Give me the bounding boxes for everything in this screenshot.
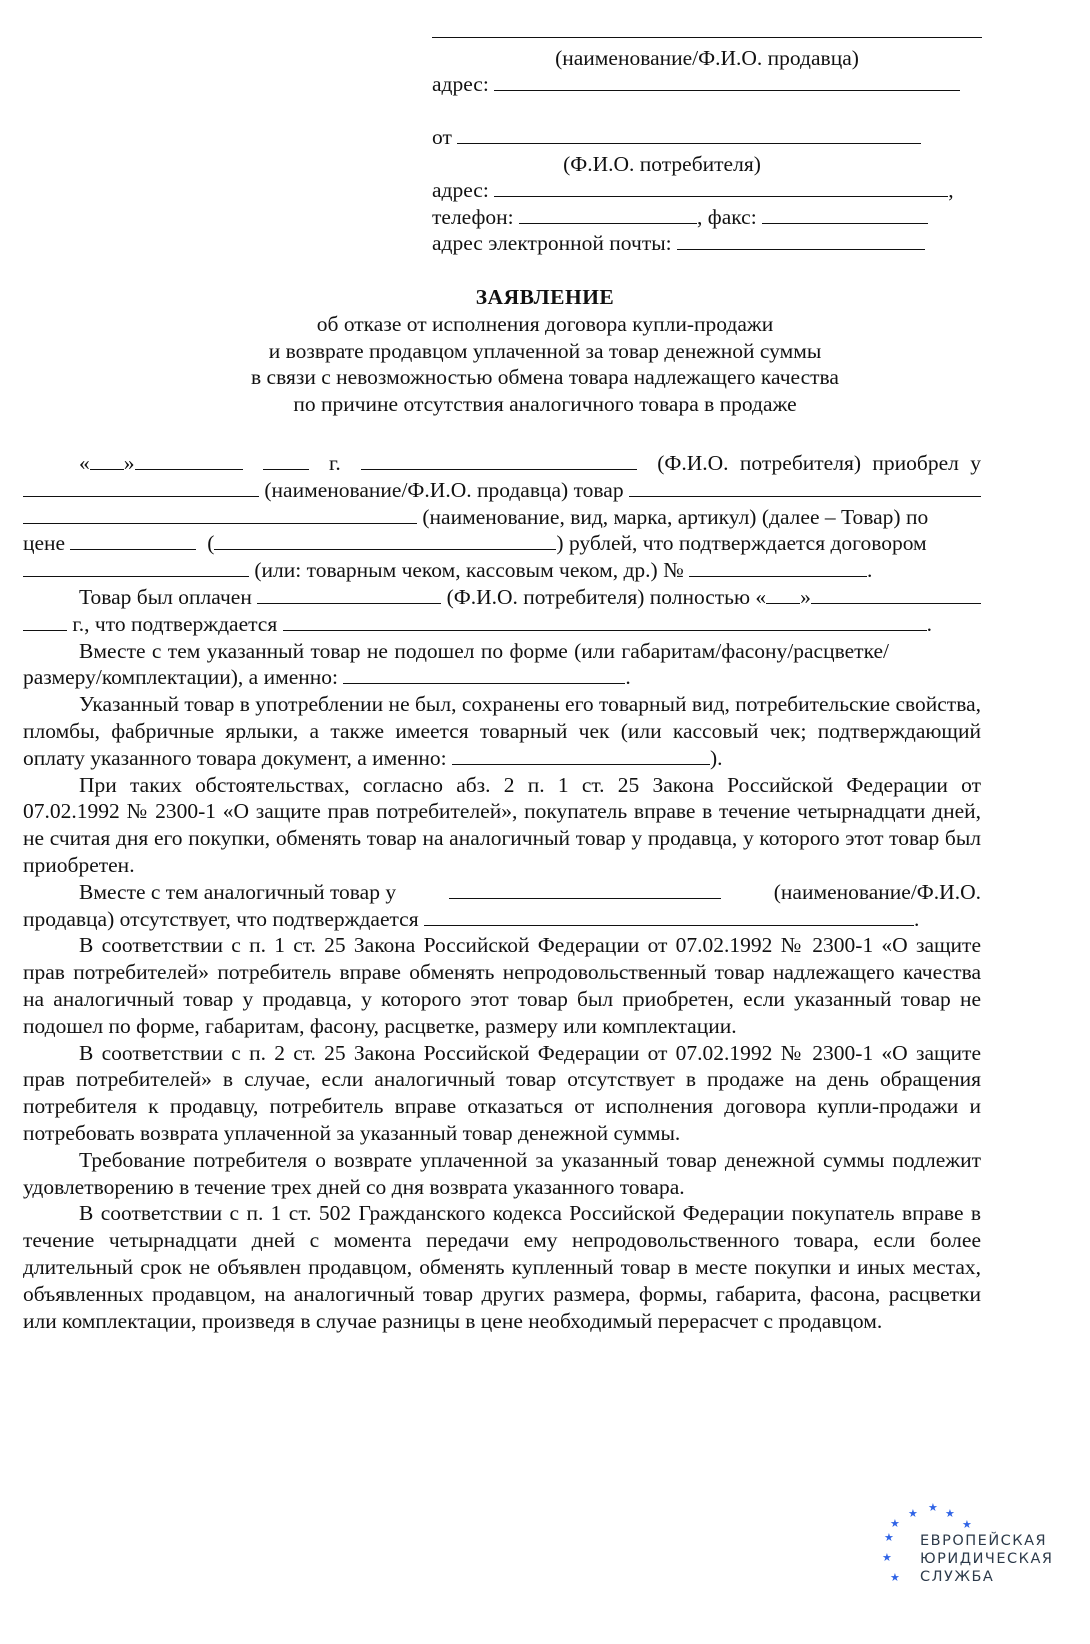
header-block: (наименование/Ф.И.О. продавца) адрес: от… (432, 18, 982, 257)
consumer-name-blank[interactable] (457, 125, 921, 144)
from-label: от (432, 125, 452, 149)
email-label: адрес электронной почты: (432, 231, 672, 255)
email-line: адрес электронной почты: (432, 230, 982, 257)
document-body: «» г. (Ф.И.О. потребителя) приобрел у (н… (23, 450, 981, 1334)
seller-name-blank[interactable] (432, 19, 982, 38)
phone-fax-line: телефон: , факс: (432, 204, 982, 231)
document-title: ЗАЯВЛЕНИЕ (0, 283, 1090, 311)
price-words-blank[interactable] (214, 531, 556, 550)
consumer-address-blank[interactable] (494, 178, 948, 197)
contract-blank[interactable] (23, 558, 249, 577)
consumer-blank[interactable] (361, 451, 637, 470)
doc-number-blank[interactable] (689, 558, 867, 577)
payer-blank[interactable] (257, 585, 441, 604)
seller-address-blank[interactable] (494, 72, 960, 91)
receipt-blank[interactable] (452, 746, 710, 765)
paragraph-law-p1: В соответствии с п. 1 ст. 25 Закона Росс… (23, 932, 981, 1039)
title-block: ЗАЯВЛЕНИЕ об отказе от исполнения догово… (0, 283, 1090, 417)
seller-address-line: адрес: (432, 71, 982, 98)
star-icon: ★ (908, 1508, 918, 1519)
logo-text: ЕВРОПЕЙСКАЯ ЮРИДИЧЕСКАЯ СЛУЖБА (920, 1532, 1053, 1586)
paragraph-demand: Требование потребителя о возврате уплаче… (23, 1147, 981, 1201)
absent-seller-blank[interactable] (449, 880, 721, 899)
price-blank[interactable] (70, 531, 196, 550)
absent-proof-blank[interactable] (424, 907, 914, 926)
purchase-date-line: «» г. (Ф.И.О. потребителя) приобрел у (23, 450, 981, 477)
pay-month-blank[interactable] (811, 585, 981, 604)
unsuitable-line-1: Вместе с тем указанный товар не подошел … (23, 638, 981, 665)
reason-blank[interactable] (343, 665, 625, 684)
item-blank[interactable] (629, 478, 981, 497)
day-blank[interactable] (90, 451, 124, 470)
subtitle-line: и возврате продавцом уплаченной за товар… (0, 338, 1090, 365)
contract-line: (или: товарным чеком, кассовым чеком, др… (23, 557, 981, 584)
subtitle-line: в связи с невозможностью обмена товара н… (0, 364, 1090, 391)
payment-proof-blank[interactable] (283, 612, 927, 631)
paragraph-law-exchange: При таких обстоятельствах, согласно абз.… (23, 772, 981, 879)
document-page: (наименование/Ф.И.О. продавца) адрес: от… (0, 0, 1090, 1644)
phone-label: телефон: (432, 205, 514, 229)
pay-day-blank[interactable] (766, 585, 800, 604)
paragraph-condition: Указанный товар в употреблении не был, с… (23, 691, 981, 771)
consumer-name-line: от (432, 124, 982, 151)
star-icon: ★ (928, 1502, 938, 1513)
star-icon: ★ (945, 1508, 955, 1519)
payment-proof-line: г., что подтверждается . (23, 611, 981, 638)
spacer (432, 98, 982, 125)
paragraph-law-p2: В соответствии с п. 2 ст. 25 Закона Росс… (23, 1040, 981, 1147)
phone-blank[interactable] (519, 205, 697, 224)
payment-line: Товар был оплачен (Ф.И.О. потребителя) п… (23, 584, 981, 611)
company-logo: ★ ★ ★ ★ ★ ★ ★ ★ ЕВРОПЕЙСКАЯ ЮРИДИЧЕСКАЯ … (890, 1518, 1090, 1638)
seller-item-line: (наименование/Ф.И.О. продавца) товар (23, 477, 981, 504)
consumer-address-line: адрес: , (432, 177, 982, 204)
pay-year-blank[interactable] (23, 612, 67, 631)
star-icon: ★ (890, 1572, 900, 1583)
seller-caption: (наименование/Ф.И.О. продавца) (432, 45, 982, 72)
item-description-blank[interactable] (23, 505, 417, 524)
absent-line-1: Вместе с тем аналогичный товар у (наимен… (23, 879, 981, 906)
comma: , (948, 178, 953, 202)
year-blank[interactable] (263, 451, 309, 470)
seller-address-label: адрес: (432, 72, 489, 96)
seller-blank[interactable] (23, 478, 259, 497)
fax-blank[interactable] (762, 205, 928, 224)
paragraph-civil-code: В соответствии с п. 1 ст. 502 Гражданско… (23, 1200, 981, 1334)
star-icon: ★ (962, 1519, 972, 1530)
absent-line-2: продавца) отсутствует, что подтверждаетс… (23, 906, 981, 933)
subtitle-line: по причине отсутствия аналогичного товар… (0, 391, 1090, 418)
consumer-address-label: адрес: (432, 178, 489, 202)
consumer-caption: (Ф.И.О. потребителя) (432, 151, 982, 178)
item-description-line: (наименование, вид, марка, артикул) (дал… (23, 504, 981, 531)
unsuitable-line-2: размеру/комплектации), а именно: . (23, 664, 981, 691)
email-blank[interactable] (677, 231, 925, 250)
fax-label: , факс: (697, 205, 757, 229)
seller-name-line (432, 18, 982, 45)
star-icon: ★ (884, 1532, 894, 1543)
price-line: цене () рублей, что подтверждается догов… (23, 530, 981, 557)
month-blank[interactable] (135, 451, 243, 470)
star-icon: ★ (890, 1518, 900, 1529)
subtitle-line: об отказе от исполнения договора купли-п… (0, 311, 1090, 338)
star-icon: ★ (882, 1552, 892, 1563)
